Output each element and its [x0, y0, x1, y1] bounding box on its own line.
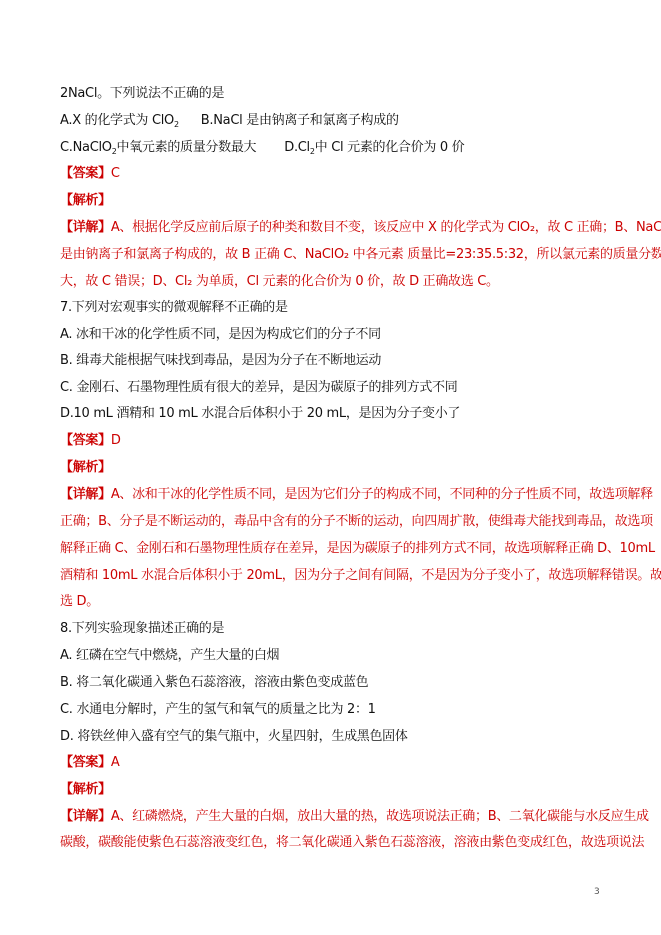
q6-option-d: D.Cl2中 Cl 元素的化合价为 0 价	[284, 140, 464, 155]
page-number: 3	[594, 887, 600, 897]
detail-text: A、红磷燃烧，产生大量的白烟，放出大量的热，故选项说法正确；B、二氧化碳能与水反…	[111, 809, 649, 824]
q7-detail-line-5: 选 D。	[60, 594, 99, 610]
answer-value: C	[111, 166, 120, 181]
q6-detail-line-3: 大，故 C 错误；D、Cl₂ 为单质，Cl 元素的化合价为 0 价，故 D 正确…	[60, 274, 499, 290]
q7-detail-line-2: 正确；B、分子是不断运动的，毒品中含有的分子不断的运动，向四周扩散，使缉毒犬能找…	[60, 514, 601, 530]
q8-option-c: C. 水通电分解时，产生的氢气和氧气的质量之比为 2：1	[60, 702, 376, 718]
q7-detail-line-1: 【详解】A、冰和干冰的化学性质不同，是因为它们分子的构成不同，不同种的分子性质不…	[60, 487, 601, 503]
answer-label: 【答案】	[60, 433, 111, 448]
analysis-label: 【解析】	[60, 193, 111, 208]
q6-option-a: A.X 的化学式为 ClO2	[60, 113, 179, 128]
q6-detail-line-2: 是由钠离子和氯离子构成的，故 B 正确 C、NaClO₂ 中各元素 质量比=23…	[60, 247, 601, 263]
q8-detail-line-1: 【详解】A、红磷燃烧，产生大量的白烟，放出大量的热，故选项说法正确；B、二氧化碳…	[60, 809, 601, 825]
answer-label: 【答案】	[60, 755, 111, 770]
answer-label: 【答案】	[60, 166, 111, 181]
q8-detail-line-2: 碳酸，碳酸能使紫色石蕊溶液变红色，将二氧化碳通入紫色石蕊溶液，溶液由紫色变成红色…	[60, 835, 601, 851]
detail-text: A、根据化学反应前后原子的种类和数目不变，该反应中 X 的化学式为 ClO₂，故…	[111, 220, 661, 235]
detail-label: 【详解】	[60, 220, 111, 235]
q6-options-ab: A.X 的化学式为 ClO2B.NaCl 是由钠离子和氯离子构成的	[60, 113, 399, 133]
q7-option-d: D.10 mL 酒精和 10 mL 水混合后体积小于 20 mL，是因为分子变小…	[60, 406, 460, 422]
q7-option-b: B. 缉毒犬能根据气味找到毒品，是因为分子在不断地运动	[60, 353, 381, 369]
q6-answer: 【答案】C	[60, 166, 120, 182]
q8-option-d: D. 将铁丝伸入盛有空气的集气瓶中，火星四射，生成黑色固体	[60, 729, 408, 745]
q6-stem-text: 2NaCl。下列说法不正确的是	[60, 86, 224, 101]
analysis-label: 【解析】	[60, 460, 111, 475]
q8-answer: 【答案】A	[60, 755, 119, 771]
detail-label: 【详解】	[60, 487, 111, 502]
q7-detail-line-3: 解释正确 C、金刚石和石墨物理性质存在差异，是因为碳原子的排列方式不同，故选项解…	[60, 541, 601, 557]
q6-detail-line-1: 【详解】A、根据化学反应前后原子的种类和数目不变，该反应中 X 的化学式为 Cl…	[60, 220, 601, 236]
analysis-label: 【解析】	[60, 782, 111, 797]
document-page: 2NaCl。下列说法不正确的是 A.X 的化学式为 ClO2B.NaCl 是由钠…	[0, 0, 661, 935]
q6-options-cd: C.NaClO2中氧元素的质量分数最大D.Cl2中 Cl 元素的化合价为 0 价	[60, 140, 464, 160]
q6-stem: 2NaCl。下列说法不正确的是	[60, 86, 224, 102]
q6-option-c: C.NaClO2中氧元素的质量分数最大	[60, 140, 256, 155]
q6-option-b: B.NaCl 是由钠离子和氯离子构成的	[201, 113, 399, 128]
q7-detail-line-4: 酒精和 10mL 水混合后体积小于 20mL，因为分子之间有间隔，不是因为分子变…	[60, 568, 601, 584]
detail-label: 【详解】	[60, 809, 111, 824]
q7-option-c: C. 金刚石、石墨物理性质有很大的差异，是因为碳原子的排列方式不同	[60, 380, 457, 396]
q7-analysis-heading: 【解析】	[60, 460, 111, 476]
q8-stem: 8.下列实验现象描述正确的是	[60, 621, 224, 637]
answer-value: A	[111, 755, 120, 770]
q8-option-b: B. 将二氧化碳通入紫色石蕊溶液，溶液由紫色变成蓝色	[60, 675, 368, 691]
answer-value: D	[111, 433, 121, 448]
q8-option-a: A. 红磷在空气中燃烧，产生大量的白烟	[60, 648, 279, 664]
q8-analysis-heading: 【解析】	[60, 782, 111, 798]
q7-stem: 7.下列对宏观事实的微观解释不正确的是	[60, 300, 288, 316]
q7-option-a: A. 冰和干冰的化学性质不同，是因为构成它们的分子不同	[60, 327, 381, 343]
q7-answer: 【答案】D	[60, 433, 121, 449]
q6-analysis-heading: 【解析】	[60, 193, 111, 209]
detail-text: A、冰和干冰的化学性质不同，是因为它们分子的构成不同，不同种的分子性质不同，故选…	[111, 487, 653, 502]
